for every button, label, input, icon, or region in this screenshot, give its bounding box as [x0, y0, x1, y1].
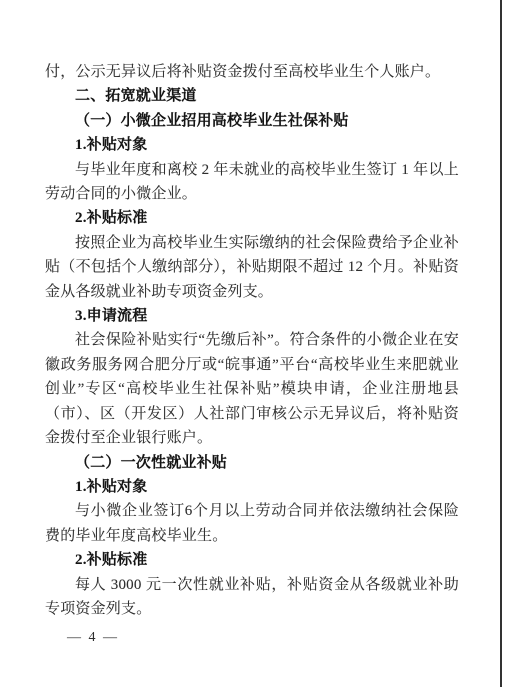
paragraph: 每人 3000 元一次性就业补贴，补贴资金从各级就业补助专项资金列支。	[45, 573, 459, 622]
heading: 2.补贴标准	[45, 548, 459, 572]
document-body: 付，公示无异议后将补贴资金拨付至高校毕业生个人账户。二、拓宽就业渠道（一）小微企…	[45, 60, 459, 621]
page-number: — 4 —	[67, 630, 119, 646]
heading: 3.申请流程	[45, 304, 459, 328]
heading: 二、拓宽就业渠道	[45, 84, 459, 108]
heading: 1.补贴对象	[45, 475, 459, 499]
document-page: 付，公示无异议后将补贴资金拨付至高校毕业生个人账户。二、拓宽就业渠道（一）小微企…	[0, 0, 505, 687]
heading: 2.补贴标准	[45, 206, 459, 230]
paragraph: 按照企业为高校毕业生实际缴纳的社会保险费给予企业补贴（不包括个人缴纳部分），补贴…	[45, 231, 459, 304]
paragraph: 与小微企业签订6个月以上劳动合同并依法缴纳社会保险费的毕业年度高校毕业生。	[45, 499, 459, 548]
heading: （一）小微企业招用高校毕业生社保补贴	[45, 109, 459, 133]
paragraph: 社会保险补贴实行“先缴后补”。符合条件的小微企业在安徽政务服务网合肥分厅或“皖事…	[45, 328, 459, 450]
heading: 1.补贴对象	[45, 133, 459, 157]
paragraph: 付，公示无异议后将补贴资金拨付至高校毕业生个人账户。	[45, 60, 459, 84]
heading: （二）一次性就业补贴	[45, 451, 459, 475]
scan-edge-artifact	[500, 0, 502, 687]
paragraph: 与毕业年度和离校 2 年未就业的高校毕业生签订 1 年以上劳动合同的小微企业。	[45, 158, 459, 207]
